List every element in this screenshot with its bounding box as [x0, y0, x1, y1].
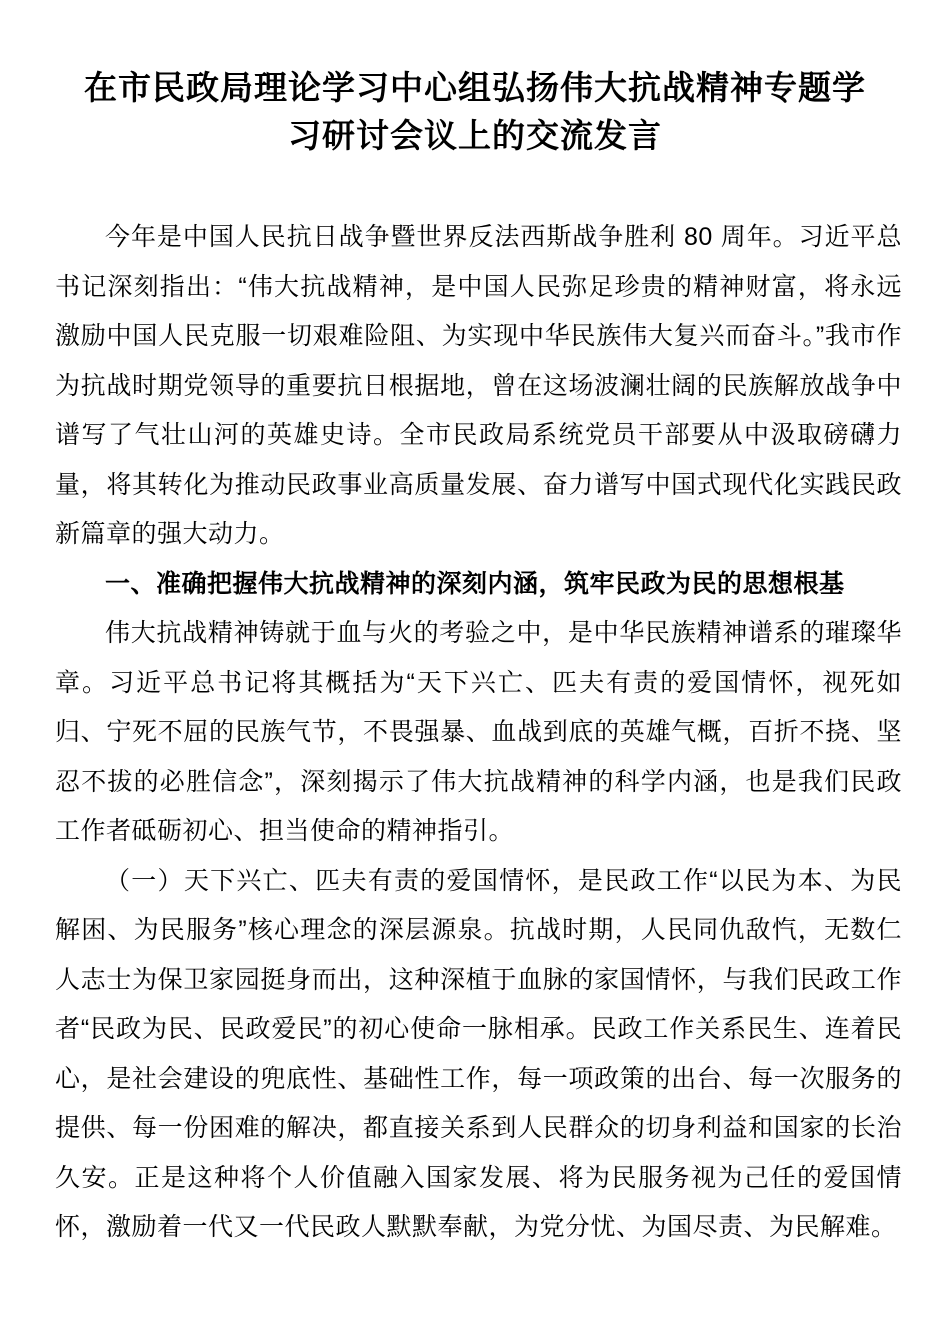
document-title: 在市民政局理论学习中心组弘扬伟大抗战精神专题学 习研讨会议上的交流发言	[0, 64, 950, 160]
section-heading-1: 一、准确把握伟大抗战精神的深刻内涵，筑牢民政为民的思想根基	[55, 560, 902, 610]
document-body: 今年是中国人民抗日战争暨世界反法西斯战争胜利 80 周年。习近平总书记深刻指出：…	[55, 213, 902, 1253]
paragraph-section-1-body: 伟大抗战精神铸就于血与火的考验之中，是中华民族精神谱系的璀璨华章。习近平总书记将…	[55, 609, 902, 857]
paragraph-intro: 今年是中国人民抗日战争暨世界反法西斯战争胜利 80 周年。习近平总书记深刻指出：…	[55, 213, 902, 560]
title-line-1: 在市民政局理论学习中心组弘扬伟大抗战精神专题学	[0, 64, 950, 112]
title-line-2: 习研讨会议上的交流发言	[0, 112, 950, 160]
document-page: 在市民政局理论学习中心组弘扬伟大抗战精神专题学 习研讨会议上的交流发言 今年是中…	[0, 0, 950, 1344]
paragraph-subsection-1: （一）天下兴亡、匹夫有责的爱国情怀，是民政工作“以民为本、为民解困、为民服务”核…	[55, 857, 902, 1253]
